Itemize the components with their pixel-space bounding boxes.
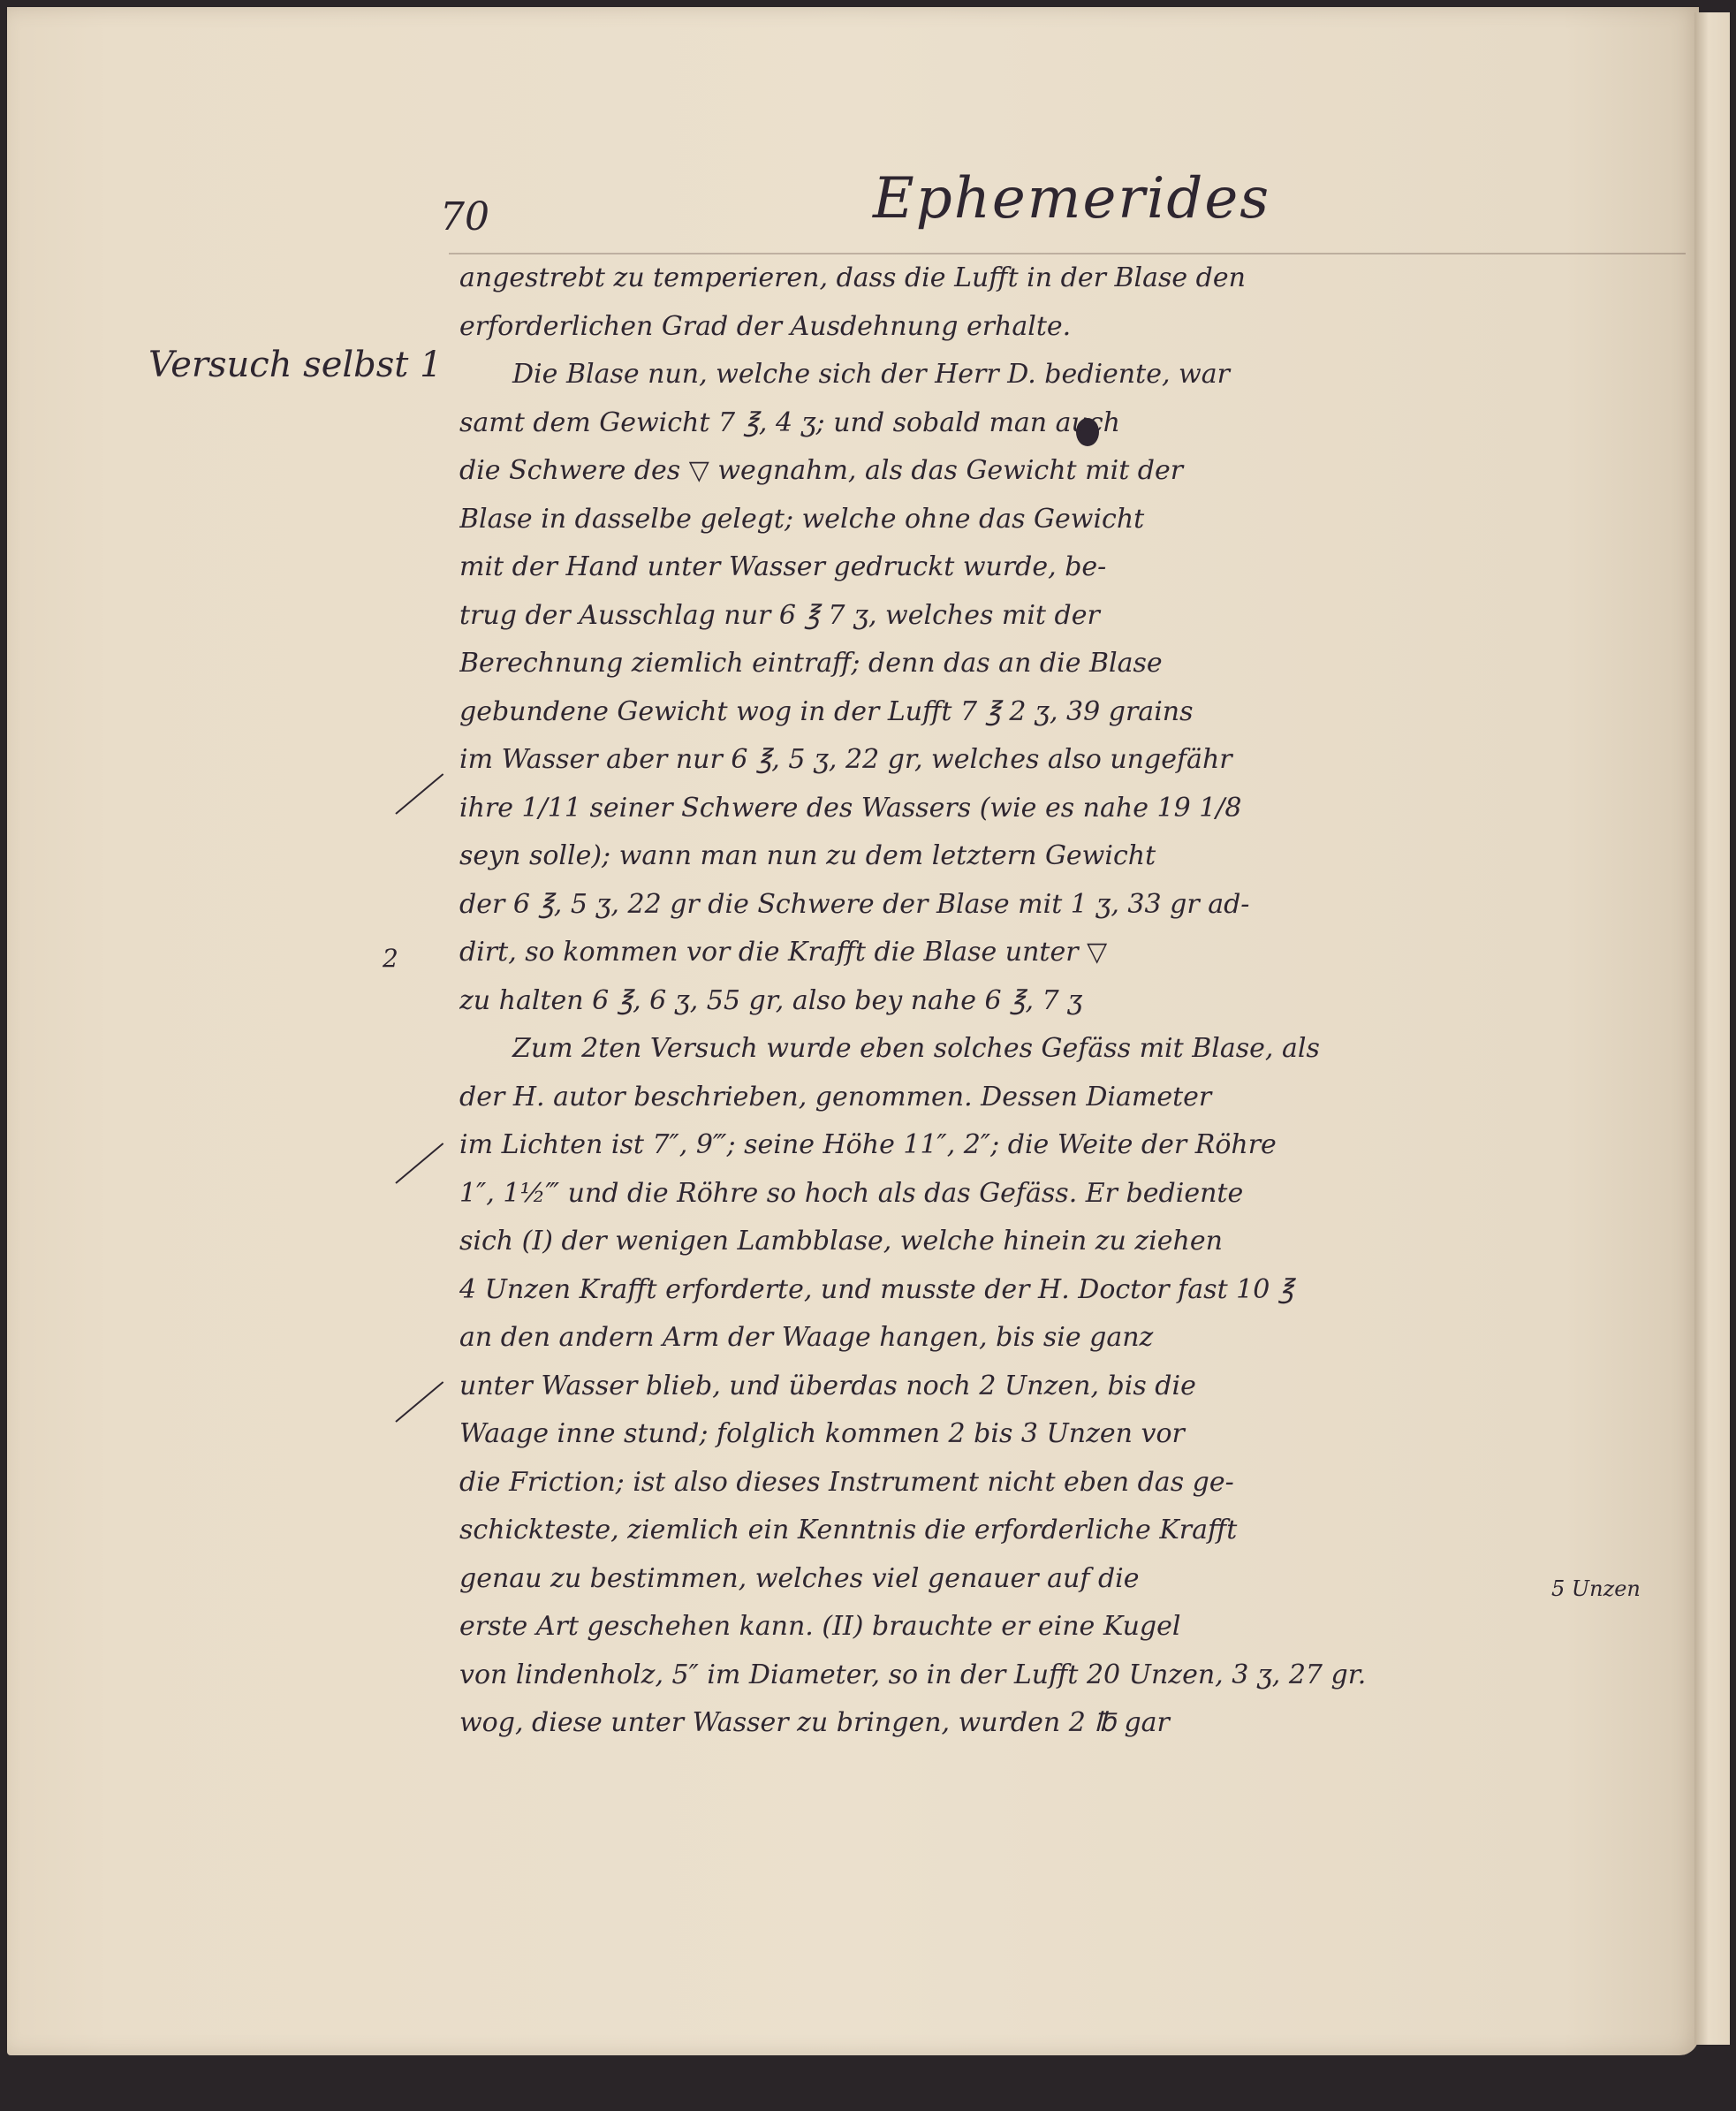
margin-note-experiment-1: Versuch selbst 1 <box>148 345 443 385</box>
text-line: schickteste, ziemlich ein Kenntnis die e… <box>459 1507 1679 1555</box>
body-text: angestrebt zu temperieren, dass die Luff… <box>459 254 1679 1748</box>
text-line: wog, diese unter Wasser zu bringen, wurd… <box>459 1699 1679 1748</box>
text-line: im Wasser aber nur 6 ℥, 5 ʒ, 22 gr, welc… <box>459 736 1679 785</box>
text-line: von lindenholz, 5″ im Diameter, so in de… <box>459 1652 1679 1700</box>
page-fold-edge <box>1694 12 1730 2045</box>
text-line: 4 Unzen Krafft erforderte, und musste de… <box>459 1266 1679 1315</box>
bleed-through-text <box>148 263 431 300</box>
text-line: gebundene Gewicht wog in der Lufft 7 ℥ 2… <box>459 688 1679 737</box>
text-line: trug der Ausschlag nur 6 ℥ 7 ʒ, welches … <box>459 592 1679 641</box>
manuscript-page: 70 Ephemerides Versuch selbst 1 2 angest… <box>7 7 1699 2055</box>
text-line: 1″, 1½‴ und die Röhre so hoch als das Ge… <box>459 1170 1679 1219</box>
page-number: 70 <box>440 194 489 239</box>
text-line: Berechnung ziemlich eintraff; denn das a… <box>459 640 1679 688</box>
text-line: Blase in dasselbe gelegt; welche ohne da… <box>459 496 1679 544</box>
text-line: samt dem Gewicht 7 ℥, 4 ʒ; und sobald ma… <box>459 399 1679 448</box>
text-line: genau zu bestimmen, welches viel genauer… <box>459 1555 1679 1604</box>
text-line: sich (I) der wenigen Lambblase, welche h… <box>459 1218 1679 1266</box>
text-line: Zum 2ten Versuch wurde eben solches Gefä… <box>459 1025 1679 1074</box>
text-line: zu halten 6 ℥, 6 ʒ, 55 gr, also bey nahe… <box>459 977 1679 1026</box>
text-line: die Friction; ist also dieses Instrument… <box>459 1459 1679 1507</box>
text-line: Die Blase nun, welche sich der Herr D. b… <box>459 351 1679 399</box>
text-line: an den andern Arm der Waage hangen, bis … <box>459 1314 1679 1363</box>
margin-stroke <box>395 1381 443 1423</box>
text-line: der H. autor beschrieben, genommen. Dess… <box>459 1074 1679 1122</box>
text-line: mit der Hand unter Wasser gedruckt wurde… <box>459 543 1679 592</box>
text-line: dirt, so kommen vor die Krafft die Blase… <box>459 929 1679 977</box>
text-line: erforderlichen Grad der Ausdehnung erhal… <box>459 303 1679 352</box>
margin-note-experiment-2: 2 <box>383 944 398 973</box>
margin-stroke <box>395 773 443 815</box>
text-line: erste Art geschehen kann. (II) brauchte … <box>459 1603 1679 1652</box>
text-line: seyn solle); wann man nun zu dem letzter… <box>459 832 1679 881</box>
text-line: Waage inne stund; folglich kommen 2 bis … <box>459 1410 1679 1459</box>
text-line: ihre 1/11 seiner Schwere des Wassers (wi… <box>459 785 1679 833</box>
margin-stroke <box>395 1143 443 1184</box>
text-line: der 6 ℥, 5 ʒ, 22 gr die Schwere der Blas… <box>459 881 1679 930</box>
text-line: unter Wasser blieb, und überdas noch 2 U… <box>459 1363 1679 1411</box>
text-line: die Schwere des ▽ wegnahm, als das Gewic… <box>459 447 1679 496</box>
trailing-note: 5 Unzen <box>1551 1576 1641 1601</box>
running-title: Ephemerides <box>873 166 1270 232</box>
text-line: angestrebt zu temperieren, dass die Luff… <box>459 254 1679 303</box>
text-line: im Lichten ist 7″, 9‴; seine Höhe 11″, 2… <box>459 1121 1679 1170</box>
